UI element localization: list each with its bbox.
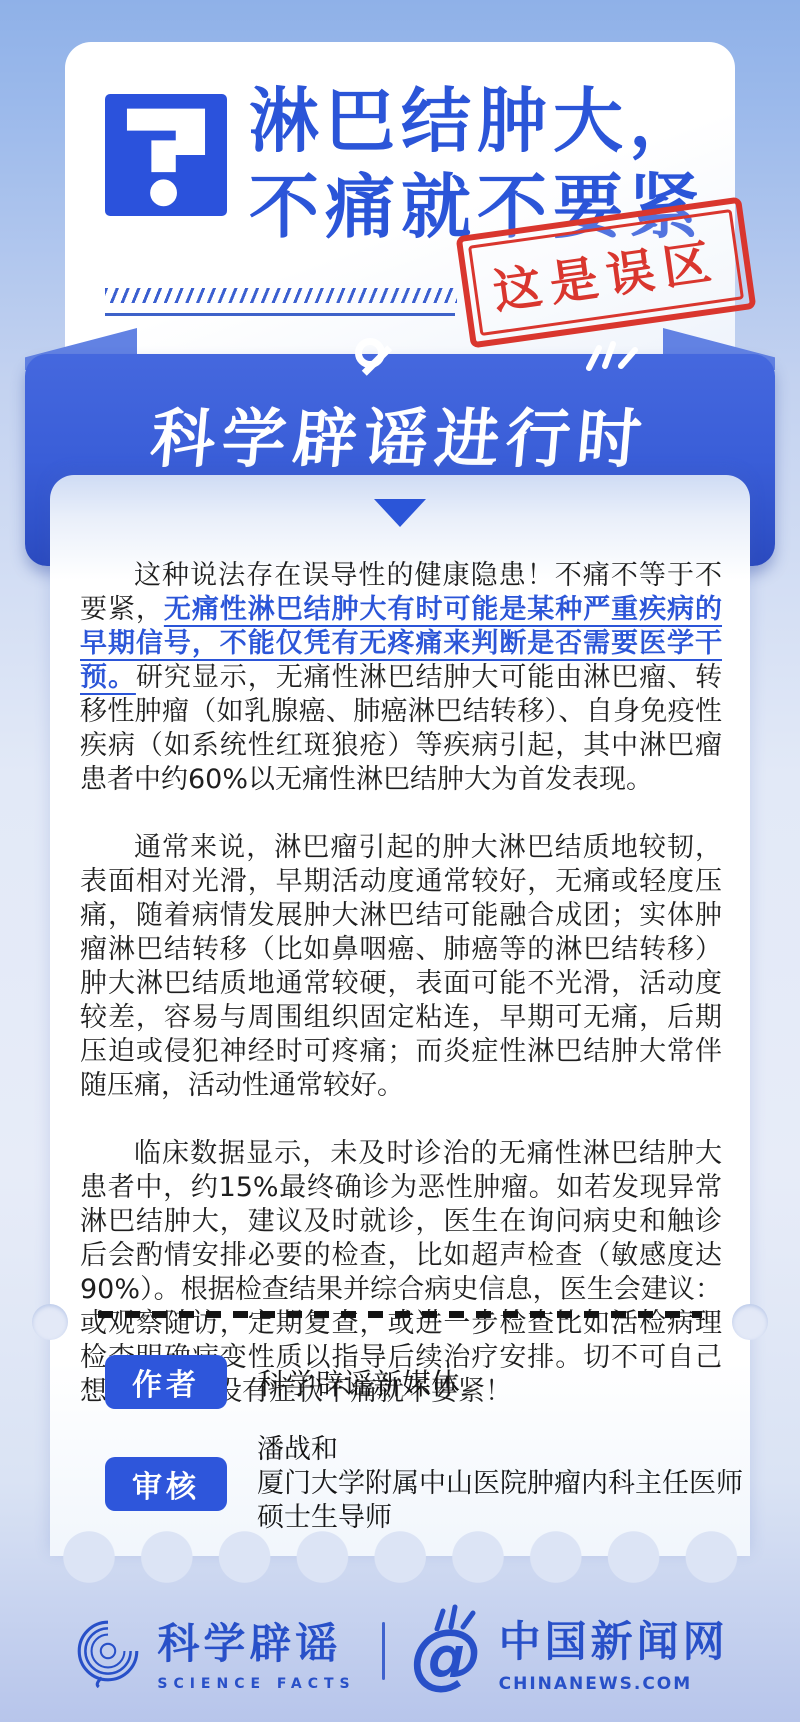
p1-rest: 研究显示，无痛性淋巴结肿大可能由淋巴瘤、转移性肿瘤（如乳腺癌、肺癌淋巴结转移）、…	[80, 662, 722, 795]
author-label-badge: 作者	[105, 1355, 227, 1409]
reviewer-row: 审核 潘战和 厦门大学附属中山医院肿瘤内科主任医师 硕士生导师	[105, 1433, 743, 1535]
chinanews-cn: 中国新闻网	[499, 1609, 729, 1669]
author-row: 作者 科学辟谣新媒体	[105, 1355, 460, 1409]
content-card: 这种说法存在误导性的健康隐患！不痛不等于不要紧，无痛性淋巴结肿大有时可能是某种严…	[50, 475, 750, 1556]
chinanews-logo: @ 中国新闻网 CHINANEWS.COM	[411, 1609, 729, 1694]
speed-lines-icon	[581, 340, 645, 372]
dashed-separator	[98, 1311, 702, 1318]
hatched-divider	[105, 288, 457, 303]
poster-root: 淋巴结肿大， 不痛就不要紧 这是误区 科学辟谣进行时 这种说法存在误导性的健康隐…	[0, 0, 800, 1722]
chinanews-at-icon: @	[411, 1611, 487, 1691]
author-value: 科学辟谣新媒体	[257, 1362, 460, 1403]
paragraph-2: 通常来说，淋巴瘤引起的肿大淋巴结质地较韧，表面相对光滑，早期活动度通常较好，无痛…	[80, 831, 722, 1103]
footer-divider	[382, 1622, 385, 1680]
down-triangle-icon	[374, 499, 426, 527]
footer-logos: 科学辟谣 SCIENCE FACTS @ 中国新闻网 CHINANEWS.COM	[0, 1595, 800, 1707]
article-body: 这种说法存在误导性的健康隐患！不痛不等于不要紧，无痛性淋巴结肿大有时可能是某种严…	[80, 559, 722, 1409]
at-glyph: @	[411, 1619, 483, 1691]
reviewer-name: 潘战和	[257, 1433, 743, 1467]
paragraph-1: 这种说法存在误导性的健康隐患！不痛不等于不要紧，无痛性淋巴结肿大有时可能是某种严…	[80, 559, 722, 797]
science-facts-swirl-icon	[71, 1614, 145, 1688]
banner-title: 科学辟谣进行时	[21, 388, 779, 480]
reviewer-info: 潘战和 厦门大学附属中山医院肿瘤内科主任医师 硕士生导师	[257, 1433, 743, 1535]
scalloped-edge	[50, 1531, 750, 1583]
solid-divider	[105, 313, 455, 316]
reviewer-title-1: 厦门大学附属中山医院肿瘤内科主任医师	[257, 1467, 743, 1501]
ticket-notch-right	[732, 1304, 768, 1340]
no-sign-icon	[355, 338, 385, 368]
science-facts-en: SCIENCE FACTS	[157, 1676, 355, 1692]
title-line-1: 淋巴结肿大，	[249, 78, 705, 164]
science-facts-cn: 科学辟谣	[157, 1611, 355, 1671]
chinanews-en: CHINANEWS.COM	[499, 1674, 729, 1694]
ticket-notch-left	[32, 1304, 68, 1340]
question-mark-icon	[105, 94, 227, 216]
reviewer-title-2: 硕士生导师	[257, 1501, 743, 1535]
reviewer-label-badge: 审核	[105, 1457, 227, 1511]
science-facts-logo: 科学辟谣 SCIENCE FACTS	[71, 1611, 355, 1692]
